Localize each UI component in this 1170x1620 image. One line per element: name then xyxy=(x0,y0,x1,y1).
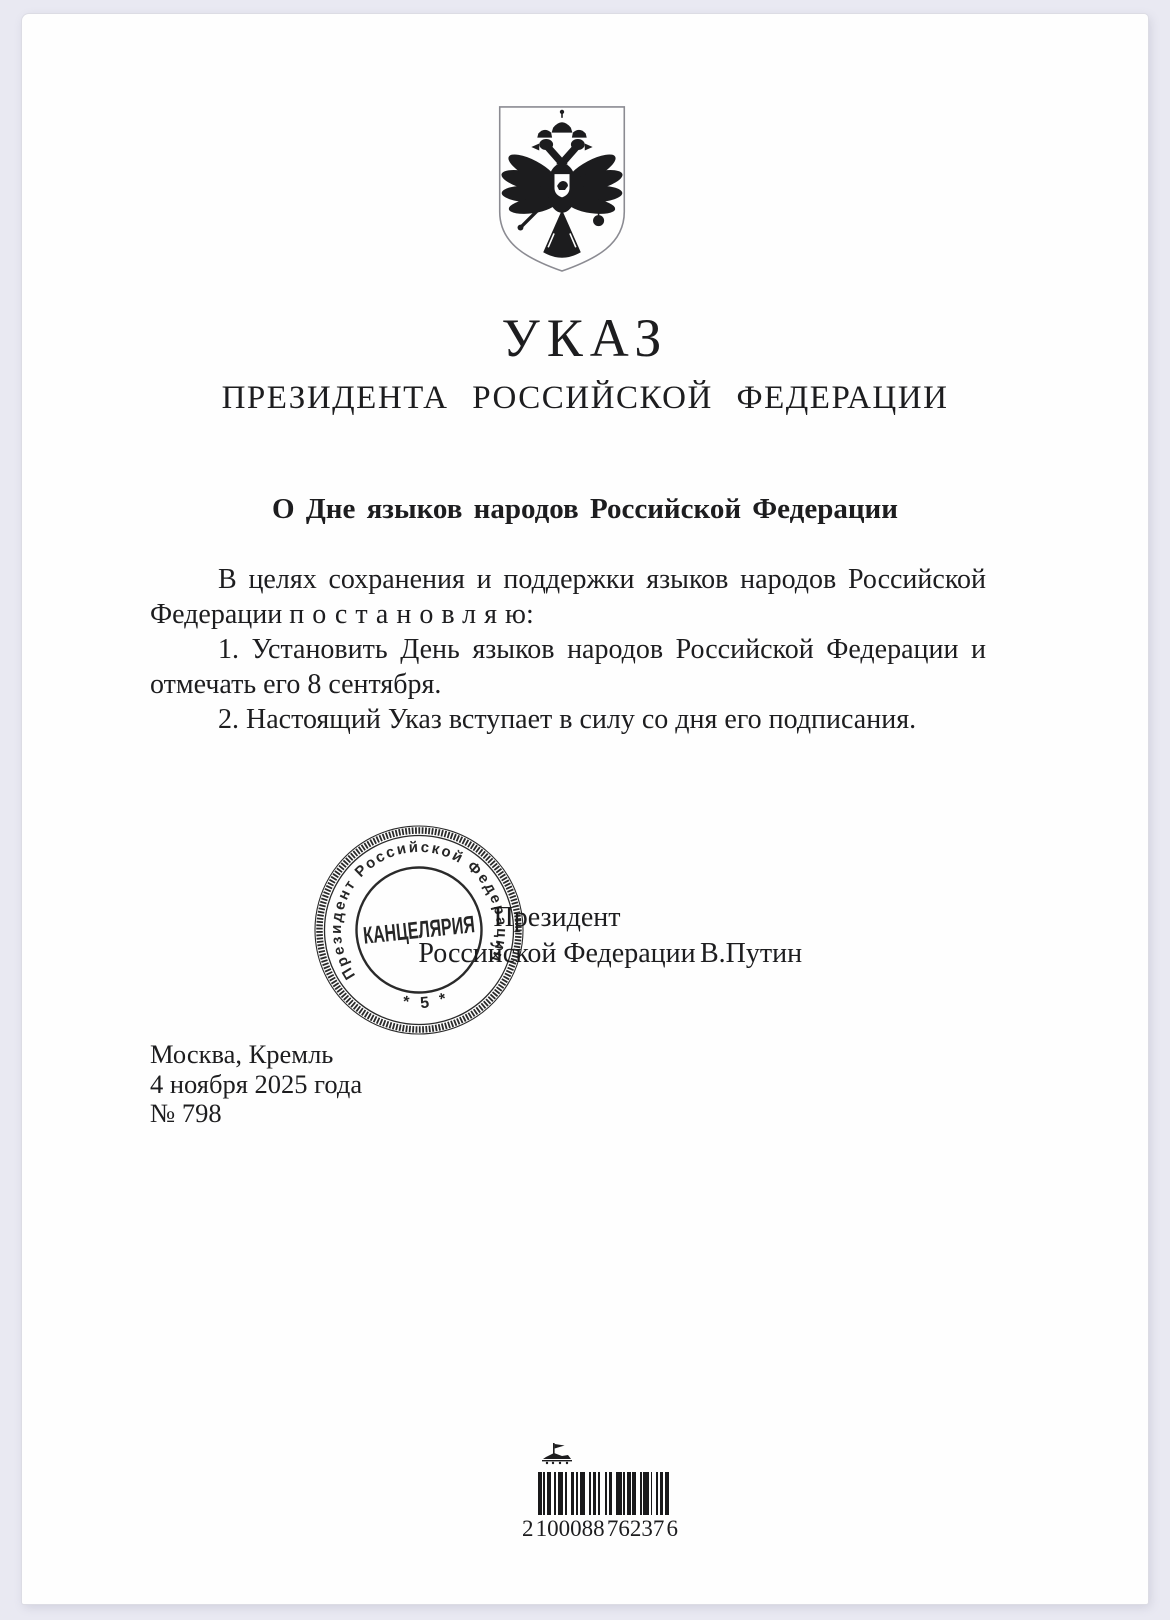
document-title: УКАЗ xyxy=(22,310,1148,366)
issuance-place: Москва, Кремль xyxy=(150,1040,362,1070)
barcode-digit-group: 100088 xyxy=(536,1516,605,1542)
barcode-publisher-mark-icon xyxy=(540,1441,574,1469)
issuance-date: 4 ноября 2025 года xyxy=(150,1070,362,1100)
barcode-digits: 2 100088 76237 6 xyxy=(522,1516,678,1542)
barcode-digit-group: 76237 xyxy=(607,1516,665,1542)
decree-body: В целях сохранения и поддержки языков на… xyxy=(150,562,986,737)
item-1-line-1: 1. Установить День языков народов Россий… xyxy=(150,632,986,667)
intro-emphasis-word: постановляю xyxy=(289,599,534,630)
barcode-bars xyxy=(538,1472,669,1515)
issuance-block: Москва, Кремль 4 ноября 2025 года № 798 xyxy=(150,1040,362,1129)
barcode-digit-group: 2 xyxy=(522,1516,534,1542)
signature-name: В.Путин xyxy=(700,936,802,972)
document-page: УКАЗ ПРЕЗИДЕНТА РОССИЙСКОЙ ФЕДЕРАЦИИ О Д… xyxy=(22,14,1148,1604)
item-2-line: 2. Настоящий Указ вступает в силу со дня… xyxy=(150,702,986,737)
issuance-number: № 798 xyxy=(150,1099,362,1129)
intro-line-1: В целях сохранения и поддержки языков на… xyxy=(150,562,986,597)
chancellery-stamp: Президент Российской Федерации * 5 * КАН… xyxy=(309,820,529,1040)
barcode-digit-group: 6 xyxy=(666,1516,678,1542)
intro-colon: : xyxy=(526,599,534,630)
item-1-line-2: отмечать его 8 сентября. xyxy=(150,667,986,702)
stamp-center-text: КАНЦЕЛЯРИЯ xyxy=(362,911,476,950)
decree-scan-background: { "document": { "header": { "title": "УК… xyxy=(0,0,1170,1620)
document-subtitle: ПРЕЗИДЕНТА РОССИЙСКОЙ ФЕДЕРАЦИИ xyxy=(22,380,1148,416)
intro-line-2: Федерации постановляю: xyxy=(150,597,986,632)
barcode-bar xyxy=(665,1472,669,1515)
intro-line-2-prefix: Федерации xyxy=(150,599,289,630)
document-subject-heading: О Дне языков народов Российской Федераци… xyxy=(22,492,1148,526)
coat-of-arms-icon xyxy=(492,103,632,276)
